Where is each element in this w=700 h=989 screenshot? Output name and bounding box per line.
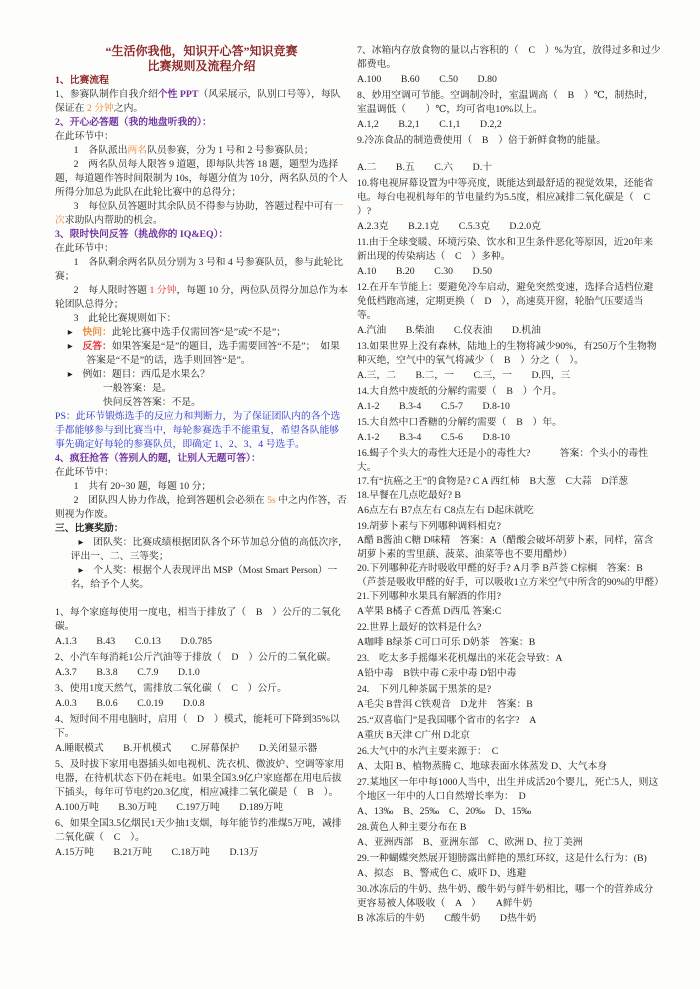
text-segment: 15.大自然中口香糖的分解约需要（ B ）年。: [357, 417, 562, 428]
text-segment: 11.由于全球变暖、环境污染、饮水和卫生条件恶化等原因，近20年来新出现的传染病…: [357, 237, 653, 262]
text-segment: 25.“双喜临门”是我国哪个省市的名字? A: [357, 715, 536, 726]
text-segment: A苹果 B橘子 C香蕉 D西瓜 答案:C: [357, 606, 501, 617]
quiz-question: 6、如果全国3.5亿烟民1天少抽1支烟，每年能节约准煤5万吨，减排二氧化碳（ C…: [55, 817, 348, 845]
text-segment: 20.下列哪种花卉时吸收甲醛的好手? A月季 B芦荟 C棕榈 答案：B（芦荟是吸…: [357, 563, 664, 588]
text-segment: A.3.7 B.3.8 C.7.9 D.1.0: [55, 667, 200, 678]
text-segment: 例如：题目：西瓜是水果么？: [82, 369, 209, 380]
example-line: 一般答案：是。: [55, 382, 348, 396]
quiz-options: A毛尖 B普洱 C铁观音 D龙井 答案：B: [357, 698, 661, 712]
text-segment: A醋 B酱油 C糖 D味精 答案：A（醋酸会破坏胡萝卜素，同样，富含胡萝卜素的雪…: [357, 535, 653, 560]
text-segment: 4、: [55, 453, 70, 464]
text-segment: A.100万吨 B.30万吨 C.197万吨 D.189万吨: [55, 802, 283, 813]
text-segment: A.2.3克 B.2.1克 C.5.3克 D.2.0克: [357, 221, 541, 232]
text-segment: A.汽油 B.柴油 C.仪表油 D.机油: [357, 325, 541, 336]
section-heading-awards: 三、比赛奖励：: [55, 522, 348, 536]
text-segment: 14.大自然中废纸的分解约需要（ B ）个月。: [357, 386, 562, 397]
text-segment: 2 每人限时答题: [74, 285, 150, 296]
text-segment: 快问反答答案：不是。: [103, 397, 201, 408]
text-segment: 在此环节中：: [55, 467, 114, 478]
quiz-question: 30.冰冻后的牛奶、热牛奶、酸牛奶与鲜牛奶相比，哪一个的营养成分更容易被人体吸收…: [357, 883, 661, 911]
text-segment: 1 共有 20~30 题，每题 10 分；: [74, 481, 212, 492]
text-segment: A.1.3 B.43 C.0.13 D.0.785: [55, 636, 212, 647]
text-segment: 10.将电视屏幕设置为中等亮度，既能达到最舒适的视觉效果，还能省电。每台电视机每…: [357, 178, 660, 217]
quiz-options: A苹果 B橘子 C香蕉 D西瓜 答案:C: [357, 605, 661, 619]
text-segment: A.0.3 B.0.6 C.0.19 D.0.8: [55, 698, 205, 709]
text-segment: A6点左右 B7点左右 C8点左右 D起床就吃: [357, 505, 534, 516]
quiz-question: 12.在开车节能上：要避免冷车启动，避免突然变速，选择合适档位避免低档跑高速，定…: [357, 281, 661, 323]
quiz-options: A.0.3 B.0.6 C.0.19 D.0.8: [55, 697, 348, 711]
text-segment: 30.冰冻后的牛奶、热牛奶、酸牛奶与鲜牛奶相比，哪一个的营养成分更容易被人体吸收…: [357, 884, 653, 909]
quiz-question: 13.如果世界上没有森林，陆地上的生物将减少90%，有250万个生物物种灭绝，空…: [357, 340, 661, 368]
text-segment: A铅中毒 B铁中毒 C汞中毒 D铝中毒: [357, 668, 516, 679]
document-page: { "title": { "line1": "“生活你我他，知识开心答”知识竞赛…: [0, 0, 700, 989]
text-segment: 快问：: [82, 327, 111, 338]
quiz-question: 11.由于全球变暖、环境污染、饮水和卫生条件恶化等原因，近20年来新出现的传染病…: [357, 236, 661, 264]
quiz-options: A.1.3 B.43 C.0.13 D.0.785: [55, 635, 348, 649]
arrow-bullet-icon: ▸: [68, 327, 83, 338]
text-segment: 队员参赛，分为 1 号和 2 号参赛队员；: [147, 145, 314, 156]
text-segment: 在此环节中：: [55, 243, 114, 254]
quiz-question: 14.大自然中废纸的分解约需要（ B ）个月。: [357, 385, 661, 399]
quiz-options: A重庆 B天津 C广州 D北京: [357, 729, 661, 743]
text-segment: B 冰冻后的牛奶 C酸牛奶 D热牛奶: [357, 913, 536, 924]
text-segment: 27.某地区一年中每1000人当中，出生并成活20个婴儿，死亡5人，则这个地区一…: [357, 777, 658, 802]
text-segment: 17.有“抗癌之王”的食物是? C A 西红柿 B大葱 C大蒜 D洋葱: [357, 476, 628, 487]
quiz-question: 23. 吃太多手摇爆米花机爆出的米花会导致：A: [357, 652, 661, 666]
rule-bullet: ▸ 反答：如果答案是“是”的题目，选手需要回答“不是”； 如果答案是“不是”的话…: [55, 340, 348, 368]
arrow-bullet-icon: ▸: [68, 369, 83, 380]
rule-bullet: ▸ 例如：题目：西瓜是水果么？: [55, 368, 348, 382]
text-segment: A.睡眠模式 B.开机模式 C.屏幕保护 D.关闭显示器: [55, 743, 317, 754]
quiz-question: 24. 下列几种茶属于黑茶的是?: [357, 683, 661, 697]
quiz-question: 25.“双喜临门”是我国哪个省市的名字? A: [357, 714, 661, 728]
text-segment: 3 每位队员答题时其余队员不得参与协助，答题过程中可有: [74, 201, 334, 212]
quiz-options: A.睡眠模式 B.开机模式 C.屏幕保护 D.关闭显示器: [55, 742, 348, 756]
quiz-options: A.1-2 B.3-4 C.5-6 D.8-10: [357, 431, 661, 445]
right-column: 7、冰箱内存放食物的量以占容积的（ C ）%为宜，放得过多和过少都费电。A.10…: [357, 44, 661, 928]
rule-item: 2 两名队员每人限答 9 道题，即每队共答 18 题，题型为选择题，每道题作答时…: [55, 158, 348, 200]
text-segment: 19.胡萝卜素与下列哪种调料相克?: [357, 521, 501, 532]
quiz-rules-document: “生活你我他，知识开心答”知识竞赛 比赛规则及流程介绍 1、比赛流程1、参赛队制…: [0, 0, 700, 989]
quiz-question: 29.一种蝴蝶突然展开翅膀露出鲜艳的黑红环纹，这是什么行为：(B): [357, 852, 661, 866]
questions-7-30: 7、冰箱内存放食物的量以占容积的（ C ）%为宜，放得过多和过少都费电。A.10…: [357, 44, 661, 926]
quiz-question: 16.蝎子个头大的毒性大还是小的毒性大? 答案：个头小的毒性大。: [357, 447, 661, 475]
quiz-question: 4、短时间不用电脑时，启用（ D ）模式，能耗可下降到35%以下。: [55, 713, 348, 741]
text-segment: A咖啡 B绿茶 C可口可乐 D奶茶 答案：B: [357, 637, 535, 648]
rule-item: 1 共有 20~30 题，每题 10 分；: [55, 480, 348, 494]
text-segment: 1 各队剩余两名队员分别为 3 号和 4 号参赛队员，参与此轮比赛；: [55, 257, 343, 282]
quiz-options: B 冰冻后的牛奶 C酸牛奶 D热牛奶: [357, 912, 661, 926]
quiz-question: 1、每个家庭每使用一度电，相当于排放了（ B ）公斤的二氧化碳。: [55, 606, 348, 634]
text-segment: 1、每个家庭每使用一度电，相当于排放了（ B ）公斤的二氧化碳。: [55, 607, 341, 632]
section-heading-3: 3、限时快问反答（挑战你的 IQ&EQ）：: [55, 228, 348, 242]
quiz-question: 10.将电视屏幕设置为中等亮度，既能达到最舒适的视觉效果，还能省电。每台电视机每…: [357, 177, 661, 219]
text-segment: 1 各队派出: [74, 145, 128, 156]
text-segment: A.1-2 B.3-4 C.5-7 D.8-10: [357, 401, 510, 412]
quiz-question: 21.下列哪种水果具有解酒的作用?: [357, 590, 661, 604]
text-segment: 1 分钟: [150, 285, 177, 296]
quiz-options: A.1-2 B.3-4 C.5-7 D.8-10: [357, 400, 661, 414]
text-segment: A、拟态 B、警戒色 C、威吓 D、逃避: [357, 868, 526, 879]
text-segment: 23. 吃太多手摇爆米花机爆出的米花会导致：A: [357, 653, 562, 664]
text-segment: 2、小汽车每消耗1公斤汽油等于排放（ D ）公斤的二氧化碳。: [55, 652, 336, 663]
text-segment: 1、比赛流程: [55, 75, 109, 86]
text-segment: 3、使用1度天然气，需排放二氧化碳（ C ）公斤。: [55, 683, 287, 694]
text-segment: 两名: [128, 145, 148, 156]
quiz-options: A铅中毒 B铁中毒 C汞中毒 D铝中毒: [357, 667, 661, 681]
award-item: ▸ 个人奖：根据个人表现评出 MSP（Most Smart Person）一名，…: [55, 564, 348, 592]
quiz-question: 2、小汽车每消耗1公斤汽油等于排放（ D ）公斤的二氧化碳。: [55, 651, 348, 665]
rule-paragraph: 在此环节中：: [55, 466, 348, 480]
text-segment: 2 团队四人协力作战，抢到答题机会必须在: [74, 495, 268, 506]
text-segment: 3、限时快问反答（挑战你的 IQ&EQ）：: [55, 229, 228, 240]
text-segment: A.10 B.20 C.30 D.50: [357, 266, 492, 277]
arrow-bullet-icon: ▸: [79, 565, 94, 576]
rule-item: 1 各队派出两名队员参赛，分为 1 号和 2 号参赛队员；: [55, 144, 348, 158]
text-segment: 24. 下列几种茶属于黑茶的是?: [357, 684, 491, 695]
text-segment: 8、妙用空调可节能。空调制冷时，室温调高（ B ）℃，制热时，室温调低（ ）℃，…: [357, 90, 654, 115]
rules-and-questions-1-6: 1、比赛流程1、参赛队制作自我介绍个性 PPT（风采展示，队别口号等），每队保证…: [55, 74, 348, 860]
text-segment: 13.如果世界上没有森林，陆地上的生物将减少90%，有250万个生物物种灭绝，空…: [357, 341, 657, 366]
quiz-options: A.1,2 B.2,1 C.1,1 D.2,2: [357, 118, 661, 132]
rule-paragraph: 在此环节中：: [55, 130, 348, 144]
text-segment: 5s: [267, 495, 276, 506]
quiz-options: A.15万吨 B.21万吨 C.18万吨 D.13万: [55, 846, 348, 860]
rule-item: 1 各队剩余两名队员分别为 3 号和 4 号参赛队员，参与此轮比赛；: [55, 256, 348, 284]
spacer: [55, 592, 348, 606]
text-segment: 12.在开车节能上：要避免冷车启动，避免突然变速，选择合适档位避免低档跑高速，定…: [357, 282, 653, 321]
text-segment: 个性 PPT: [158, 89, 199, 100]
quiz-question: 20.下列哪种花卉时吸收甲醛的好手? A月季 B芦荟 C棕榈 答案：B（芦荟是吸…: [357, 562, 661, 590]
quiz-options: A、太阳 B、植物蒸腾 C、地球表面水体蒸发 D、大气本身: [357, 760, 661, 774]
text-segment: A、13‰ B、25‰ C、20‰ D、15‰: [357, 806, 531, 817]
text-segment: 2、开心必答题（我的地盘听我的）：: [55, 117, 212, 128]
text-segment: 4、短时间不用电脑时，启用（ D ）模式，能耗可下降到35%以下。: [55, 714, 340, 739]
text-segment: 疯狂抢答（答别人的题，让别人无题可答）：: [70, 453, 261, 464]
quiz-question: 18.早餐在几点吃最好? B: [357, 489, 661, 503]
text-segment: A.二 B.五 C.六 D.十: [357, 162, 492, 173]
text-segment: 2 分钟: [87, 103, 114, 114]
quiz-options: A、13‰ B、25‰ C、20‰ D、15‰: [357, 805, 661, 819]
quiz-question: 7、冰箱内存放食物的量以占容积的（ C ）%为宜，放得过多和过少都费电。: [357, 44, 661, 72]
text-segment: 个人奖：根据个人表现评出 MSP（Most Smart Person）一名，给予…: [71, 565, 338, 590]
quiz-answer: A醋 B酱油 C糖 D味精 答案：A（醋酸会破坏胡萝卜素，同样，富含胡萝卜素的雪…: [357, 534, 661, 562]
text-segment: A.1,2 B.2,1 C.1,1 D.2,2: [357, 119, 502, 130]
text-segment: 此轮比赛中选手仅需回答“是”或“不是”；: [112, 327, 286, 338]
quiz-question: 28.黄色人种主要分布在 B: [357, 821, 661, 835]
text-segment: 在此环节中：: [55, 131, 114, 142]
text-segment: 3 此轮比赛规则如下：: [74, 313, 177, 324]
section-heading-1: 1、比赛流程: [55, 74, 348, 88]
quiz-question: 22.世界上最好的饮料是什么?: [357, 621, 661, 635]
quiz-question: 17.有“抗癌之王”的食物是? C A 西红柿 B大葱 C大蒜 D洋葱: [357, 475, 661, 489]
quiz-question: 3、使用1度天然气，需排放二氧化碳（ C ）公斤。: [55, 682, 348, 696]
quiz-options: A.汽油 B.柴油 C.仪表油 D.机油: [357, 324, 661, 338]
text-segment: 28.黄色人种主要分布在 B: [357, 822, 466, 833]
quiz-question: 8、妙用空调可节能。空调制冷时，室温调高（ B ）℃，制热时，室温调低（ ）℃，…: [357, 89, 661, 117]
quiz-options: A.100万吨 B.30万吨 C.197万吨 D.189万吨: [55, 801, 348, 815]
rule-paragraph: 在此环节中：: [55, 242, 348, 256]
text-segment: A.三，二 B.二，一 C.三，一 D.四，三: [357, 370, 570, 381]
text-segment: 29.一种蝴蝶突然展开翅膀露出鲜艳的黑红环纹，这是什么行为：(B): [357, 853, 647, 864]
document-title-line1: “生活你我他，知识开心答”知识竞赛: [55, 44, 348, 59]
text-segment: 三、比赛奖励：: [55, 523, 124, 534]
quiz-options: A咖啡 B绿茶 C可口可乐 D奶茶 答案：B: [357, 636, 661, 650]
text-segment: 2 两名队员每人限答 9 道题，即每队共答 18 题，题型为选择题，每道题作答时…: [55, 159, 348, 198]
quiz-question: 19.胡萝卜素与下列哪种调料相克?: [357, 520, 661, 534]
rule-paragraph: 1、参赛队制作自我介绍个性 PPT（风采展示，队别口号等），每队保证在 2 分钟…: [55, 88, 348, 116]
text-segment: 21.下列哪种水果具有解酒的作用?: [357, 591, 501, 602]
text-segment: 26.大气中的水汽主要来源于： C: [357, 746, 498, 757]
rule-item: 3 每位队员答题时其余队员不得参与协助，答题过程中可有一次求助队内帮助的机会。: [55, 200, 348, 228]
quiz-options: A.10 B.20 C.30 D.50: [357, 265, 661, 279]
award-item: ▸ 团队奖：比赛成绩根据团队各个环节加总分值的高低次序，评出一、二、三等奖；: [55, 536, 348, 564]
text-segment: A.100 B.60 C.50 D.80: [357, 74, 497, 85]
text-segment: A重庆 B天津 C广州 D北京: [357, 730, 470, 741]
text-segment: 之内。: [114, 103, 143, 114]
text-segment: 16.蝎子个头大的毒性大还是小的毒性大? 答案：个头小的毒性大。: [357, 448, 648, 473]
text-segment: 18.早餐在几点吃最好? B: [357, 490, 461, 501]
left-column: “生活你我他，知识开心答”知识竞赛 比赛规则及流程介绍 1、比赛流程1、参赛队制…: [55, 44, 348, 862]
section-heading-2: 2、开心必答题（我的地盘听我的）：: [55, 116, 348, 130]
quiz-question: 27.某地区一年中每1000人当中，出生并成活20个婴儿，死亡5人，则这个地区一…: [357, 776, 661, 804]
text-segment: A.1-2 B.3-4 C.5-6 D.8-10: [357, 432, 510, 443]
text-segment: 6、如果全国3.5亿烟民1天少抽1支烟，每年能节约准煤5万吨，减排二氧化碳（ C…: [55, 818, 342, 843]
text-segment: 7、冰箱内存放食物的量以占容积的（ C ）%为宜，放得过多和过少都费电。: [357, 45, 661, 70]
rule-item: 2 团队四人协力作战，抢到答题机会必须在 5s 中之内作答，否则视为作废。: [55, 494, 348, 522]
text-segment: PS：此环节锻炼选手的反应力和判断力，为了保证团队内的各个选手都能够参与到比赛当…: [55, 411, 340, 450]
text-segment: 如果答案是“是”的题目，选手需要回答“不是”； 如果答案是“不是”的话，选手则回…: [86, 341, 340, 366]
text-segment: 22.世界上最好的饮料是什么?: [357, 622, 481, 633]
quiz-question: 9.冷冻食品的制造费使用（ B ）倍于新鲜食物的能量。: [357, 134, 661, 148]
text-segment: A、亚洲西部 B、亚洲东部 C、欧洲 D、拉丁美洲: [357, 837, 583, 848]
quiz-options: A.三，二 B.二，一 C.三，一 D.四，三: [357, 369, 661, 383]
quiz-options: A、亚洲西部 B、亚洲东部 C、欧洲 D、拉丁美洲: [357, 836, 661, 850]
quiz-question: 26.大气中的水汽主要来源于： C: [357, 745, 661, 759]
text-segment: 1、参赛队制作自我介绍: [55, 89, 158, 100]
text-segment: 5、及时拔下家用电器插头如电视机、洗衣机、微波炉、空调等家用电器，在待机状态下仍…: [55, 759, 344, 798]
text-segment: 反答：: [82, 341, 111, 352]
quiz-options: A.3.7 B.3.8 C.7.9 D.1.0: [55, 666, 348, 680]
quiz-options: A6点左右 B7点左右 C8点左右 D起床就吃: [357, 504, 661, 518]
quiz-options: A.2.3克 B.2.1克 C.5.3克 D.2.0克: [357, 220, 661, 234]
quiz-options: A、拟态 B、警戒色 C、威吓 D、逃避: [357, 867, 661, 881]
rule-item: 3 此轮比赛规则如下：: [55, 312, 348, 326]
section-heading-4: 4、疯狂抢答（答别人的题，让别人无题可答）：: [55, 452, 348, 466]
example-line: 快问反答答案：不是。: [55, 396, 348, 410]
quiz-question: 15.大自然中口香糖的分解约需要（ B ）年。: [357, 416, 661, 430]
rule-bullet: ▸ 快问：此轮比赛中选手仅需回答“是”或“不是”；: [55, 326, 348, 340]
document-title-line2: 比赛规则及流程介绍: [55, 59, 348, 74]
spacer: [357, 148, 661, 160]
text-segment: 9.冷冻食品的制造费使用（ B ）倍于新鲜食物的能量。: [357, 135, 606, 146]
text-segment: 团队奖：比赛成绩根据团队各个环节加总分值的高低次序，评出一、二、三等奖；: [71, 537, 348, 562]
text-segment: 一般答案：是。: [103, 383, 172, 394]
text-segment: 求助队内帮助的机会。: [65, 215, 163, 226]
rule-item: 2 每人限时答题 1 分钟，每题 10 分，两位队员得分加总作为本轮团队总得分；: [55, 284, 348, 312]
quiz-question: 5、及时拔下家用电器插头如电视机、洗衣机、微波炉、空调等家用电器，在待机状态下仍…: [55, 758, 348, 800]
text-segment: A毛尖 B普洱 C铁观音 D龙井 答案：B: [357, 699, 533, 710]
ps-note: PS：此环节锻炼选手的反应力和判断力，为了保证团队内的各个选手都能够参与到比赛当…: [55, 410, 348, 452]
arrow-bullet-icon: ▸: [68, 341, 83, 352]
quiz-options: A.100 B.60 C.50 D.80: [357, 73, 661, 87]
quiz-options: A.二 B.五 C.六 D.十: [357, 161, 661, 175]
arrow-bullet-icon: ▸: [79, 537, 94, 548]
text-segment: A.15万吨 B.21万吨 C.18万吨 D.13万: [55, 847, 259, 858]
text-segment: A、太阳 B、植物蒸腾 C、地球表面水体蒸发 D、大气本身: [357, 761, 607, 772]
